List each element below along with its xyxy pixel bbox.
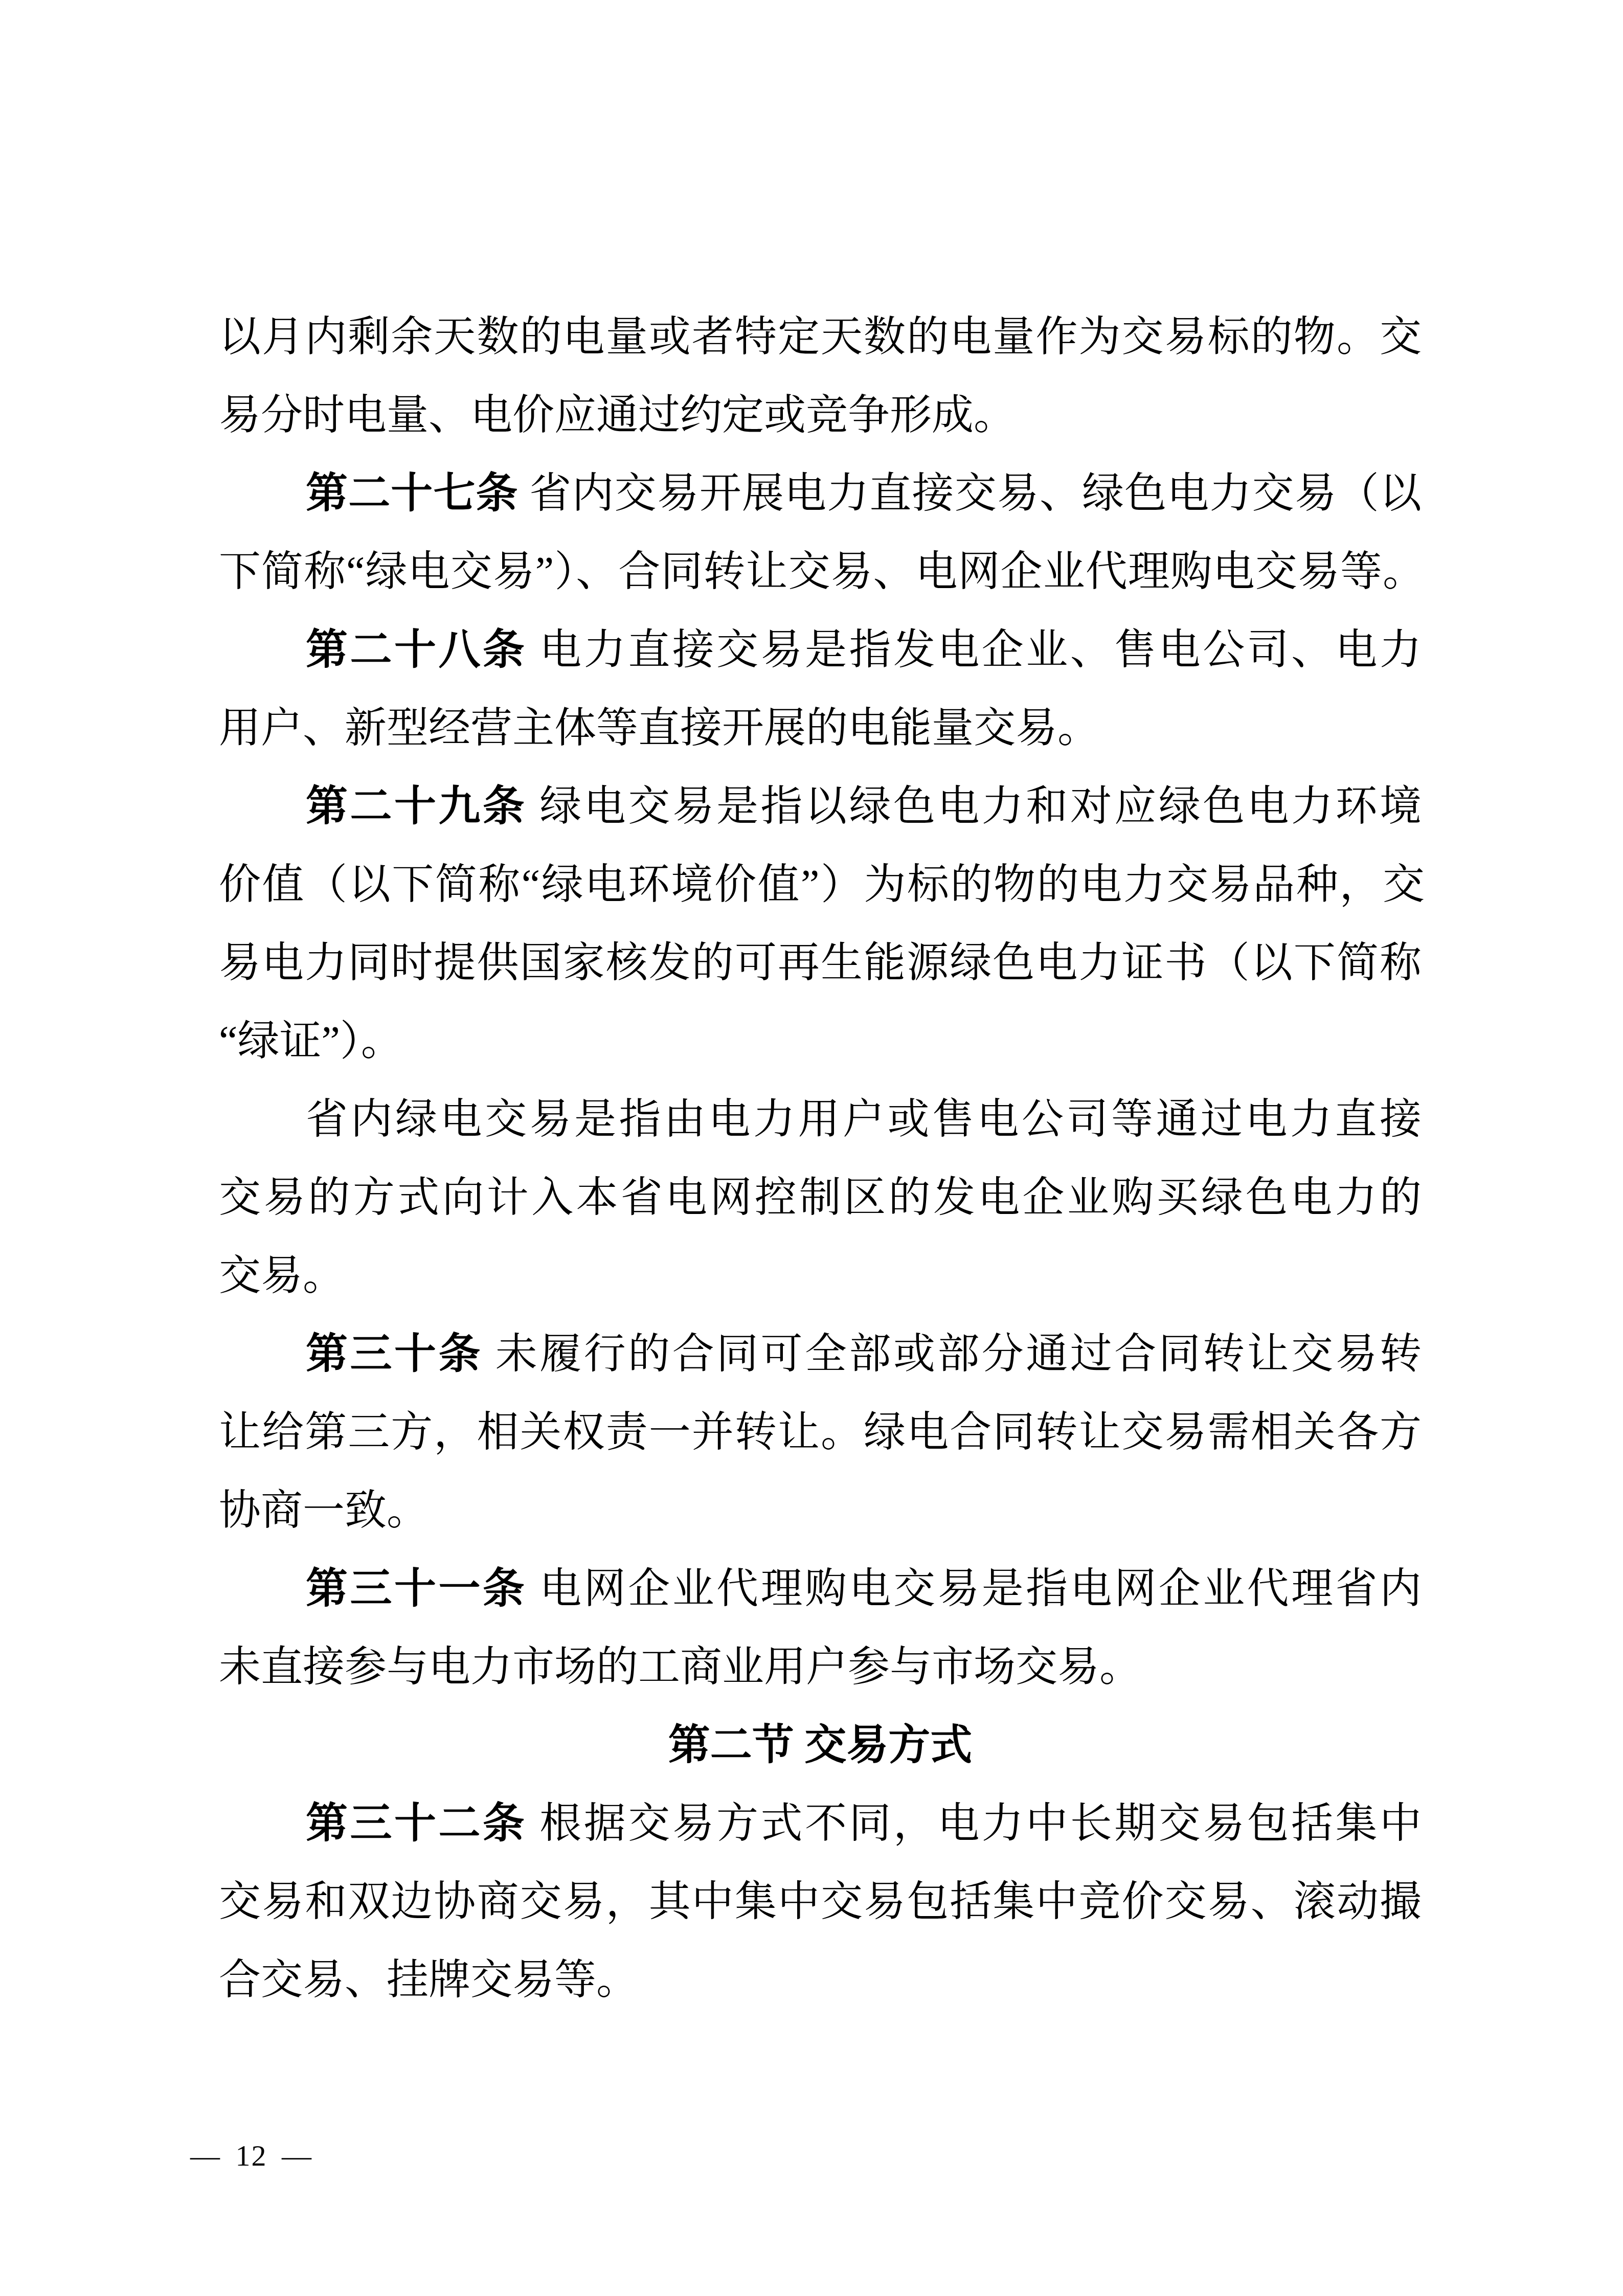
text-line: 交易和双边协商交易，其中集中交易包括集中竞价交易、滚动撮	[219, 1862, 1422, 1941]
text-segment: 合交易、挂牌交易等。	[219, 1956, 638, 2003]
document-body: 以月内剩余天数的电量或者特定天数的电量作为交易标的物。交易分时电量、电价应通过约…	[219, 298, 1422, 2019]
text-segment: 易电力同时提供国家核发的可再生能源绿色电力证书（以下简称	[219, 939, 1422, 986]
text-segment: 未履行的合同可全部或部分通过合同转让交易转	[483, 1331, 1422, 1377]
text-segment: 未直接参与电力市场的工商业用户参与市场交易。	[219, 1644, 1141, 1690]
article-number: 第三十一条	[306, 1565, 527, 1612]
text-line: 易分时电量、电价应通过约定或竞争形成。	[219, 376, 1422, 454]
text-segment: 让给第三方，相关权责一并转让。绿电合同转让交易需相关各方	[219, 1409, 1422, 1455]
article-number: 第二十八条	[306, 626, 527, 673]
article-number: 第三十条	[306, 1331, 483, 1377]
text-segment: 电力直接交易是指发电企业、售电公司、电力	[527, 626, 1422, 673]
text-line: 第三十条 未履行的合同可全部或部分通过合同转让交易转	[219, 1315, 1422, 1393]
text-segment: 省内交易开展电力直接交易、绿色电力交易（以	[519, 470, 1422, 516]
article-number: 第二节 交易方式	[668, 1722, 973, 1768]
text-segment: 绿电交易是指以绿色电力和对应绿色电力环境	[527, 783, 1422, 829]
text-segment: “绿证”）。	[219, 1018, 403, 1064]
page-number: — 12 —	[190, 2137, 312, 2174]
text-segment: 用户、新型经营主体等直接开展的电能量交易。	[219, 705, 1099, 751]
text-line: 第二十九条 绿电交易是指以绿色电力和对应绿色电力环境	[219, 767, 1422, 845]
article-number: 第二十九条	[306, 783, 527, 829]
text-line: “绿证”）。	[219, 1002, 1422, 1080]
text-line: 第三十一条 电网企业代理购电交易是指电网企业代理省内	[219, 1549, 1422, 1628]
text-line: 让给第三方，相关权责一并转让。绿电合同转让交易需相关各方	[219, 1393, 1422, 1471]
text-segment: 以月内剩余天数的电量或者特定天数的电量作为交易标的物。交	[219, 313, 1422, 360]
text-segment: 省内绿电交易是指由电力用户或售电公司等通过电力直接	[306, 1096, 1422, 1142]
text-line: 用户、新型经营主体等直接开展的电能量交易。	[219, 689, 1422, 767]
text-segment: 易分时电量、电价应通过约定或竞争形成。	[219, 392, 1016, 438]
text-segment: 下简称“绿电交易”）、合同转让交易、电网企业代理购电交易等。	[219, 548, 1422, 595]
text-line: 协商一致。	[219, 1471, 1422, 1549]
article-number: 第二十七条	[306, 470, 519, 516]
text-line: 合交易、挂牌交易等。	[219, 1941, 1422, 2019]
text-line: 以月内剩余天数的电量或者特定天数的电量作为交易标的物。交	[219, 298, 1422, 376]
text-segment: 交易和双边协商交易，其中集中交易包括集中竞价交易、滚动撮	[219, 1878, 1422, 1925]
text-segment: 电网企业代理购电交易是指电网企业代理省内	[527, 1565, 1422, 1612]
section-heading: 第二节 交易方式	[219, 1706, 1422, 1784]
text-segment: 价值（以下简称“绿电环境价值”）为标的物的电力交易品种，交	[219, 861, 1422, 908]
text-line: 第三十二条 根据交易方式不同，电力中长期交易包括集中	[219, 1784, 1422, 1862]
text-line: 未直接参与电力市场的工商业用户参与市场交易。	[219, 1628, 1422, 1706]
text-line: 第二十八条 电力直接交易是指发电企业、售电公司、电力	[219, 611, 1422, 689]
text-line: 下简称“绿电交易”）、合同转让交易、电网企业代理购电交易等。	[219, 532, 1422, 611]
text-line: 价值（以下简称“绿电环境价值”）为标的物的电力交易品种，交	[219, 845, 1422, 924]
text-line: 交易的方式向计入本省电网控制区的发电企业购买绿色电力的	[219, 1158, 1422, 1236]
text-segment: 交易的方式向计入本省电网控制区的发电企业购买绿色电力的	[219, 1174, 1422, 1221]
text-line: 省内绿电交易是指由电力用户或售电公司等通过电力直接	[219, 1080, 1422, 1158]
text-segment: 根据交易方式不同，电力中长期交易包括集中	[527, 1800, 1422, 1847]
text-line: 第二十七条 省内交易开展电力直接交易、绿色电力交易（以	[219, 454, 1422, 532]
article-number: 第三十二条	[306, 1800, 527, 1847]
text-line: 交易。	[219, 1236, 1422, 1315]
text-line: 易电力同时提供国家核发的可再生能源绿色电力证书（以下简称	[219, 924, 1422, 1002]
text-segment: 协商一致。	[219, 1487, 429, 1534]
text-segment: 交易。	[219, 1252, 345, 1299]
document-page: 以月内剩余天数的电量或者特定天数的电量作为交易标的物。交易分时电量、电价应通过约…	[0, 0, 1623, 2296]
